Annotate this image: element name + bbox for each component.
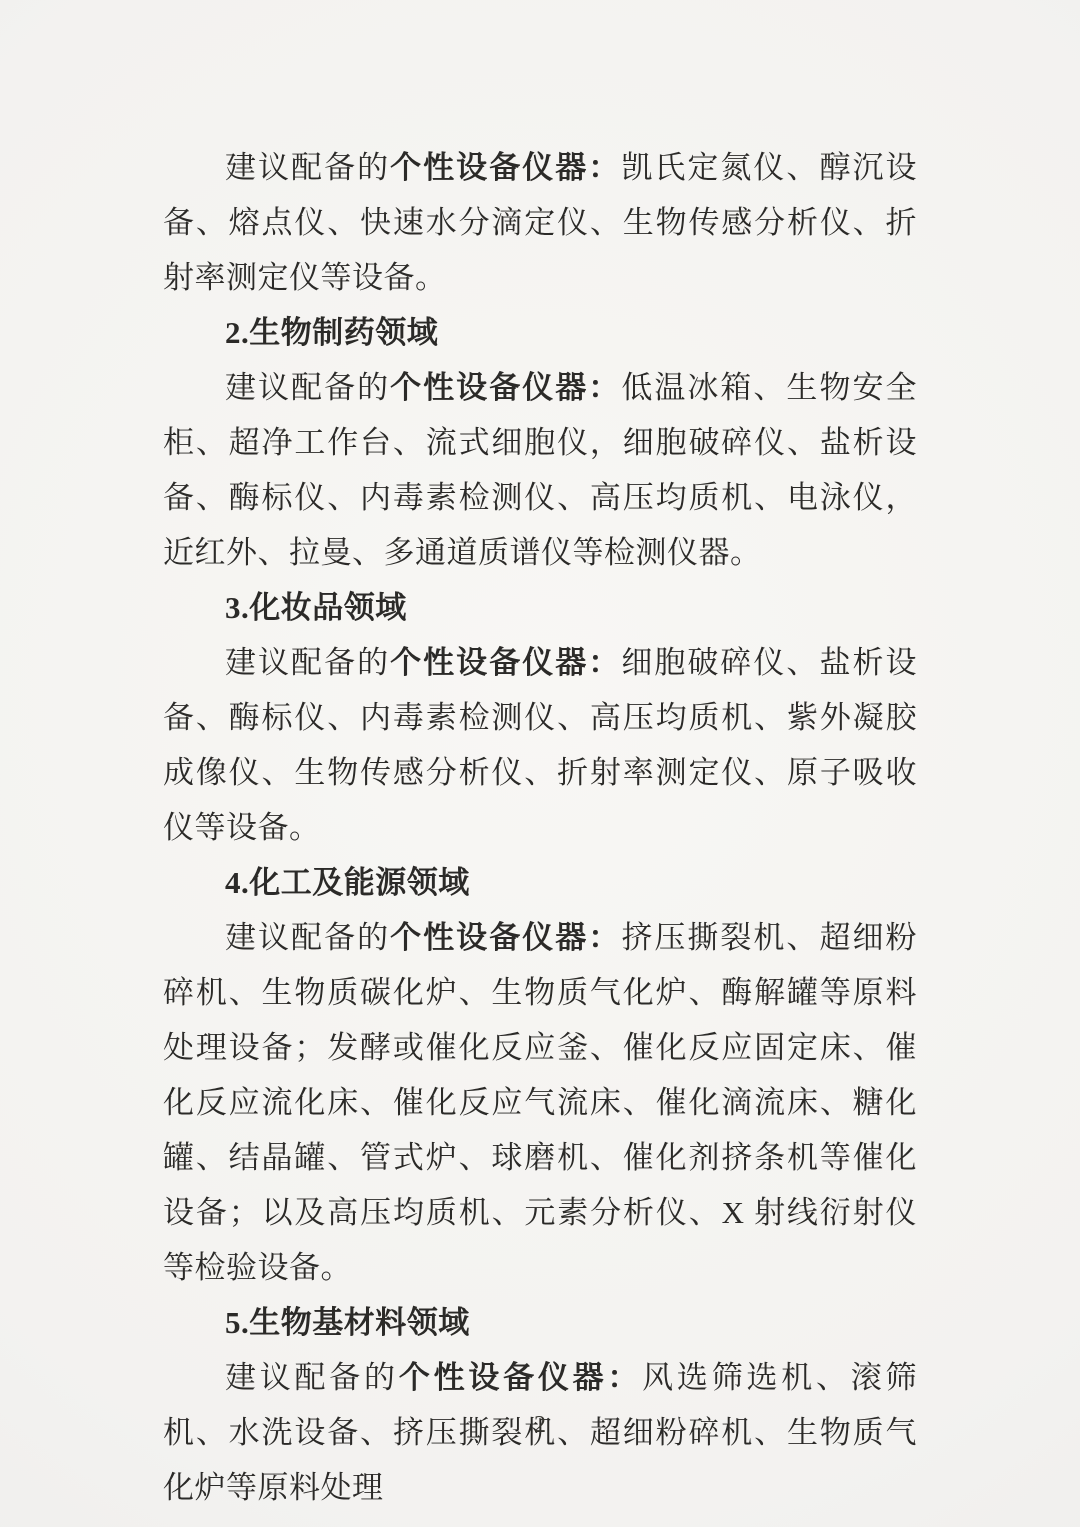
intro-paragraph-lead: 建议配备的: [225, 150, 390, 185]
paragraph-lead: 建议配备的: [225, 645, 390, 680]
intro-paragraph-emphasis: 个性设备仪器：: [390, 150, 621, 185]
intro-paragraph: 建议配备的个性设备仪器：凯氏定氮仪、醇沉设备、熔点仪、快速水分滴定仪、生物传感分…: [163, 140, 917, 305]
paragraph-body: 挤压撕裂机、超细粉碎机、生物质碳化炉、生物质气化炉、酶解罐等原料处理设备；发酵或…: [163, 920, 917, 1285]
section-paragraph-biopharma: 建议配备的个性设备仪器：低温冰箱、生物安全柜、超净工作台、流式细胞仪，细胞破碎仪…: [163, 360, 917, 580]
paragraph-emphasis: 个性设备仪器：: [390, 920, 621, 955]
section-paragraph-cosmetics: 建议配备的个性设备仪器：细胞破碎仪、盐析设备、酶标仪、内毒素检测仪、高压均质机、…: [163, 635, 917, 855]
paragraph-emphasis: 个性设备仪器：: [390, 645, 621, 680]
page-text-block: 建议配备的个性设备仪器：凯氏定氮仪、醇沉设备、熔点仪、快速水分滴定仪、生物传感分…: [163, 140, 917, 1515]
paragraph-lead: 建议配备的: [225, 370, 390, 405]
paragraph-emphasis: 个性设备仪器：: [399, 1360, 642, 1395]
section-paragraph-chemical-energy: 建议配备的个性设备仪器：挤压撕裂机、超细粉碎机、生物质碳化炉、生物质气化炉、酶解…: [163, 910, 917, 1295]
section-heading-chemical-energy: 4.化工及能源领域: [163, 855, 917, 910]
section-heading-cosmetics: 3.化妆品领域: [163, 580, 917, 635]
paragraph-emphasis: 个性设备仪器：: [390, 370, 621, 405]
page-number: 2: [0, 1408, 1080, 1442]
paragraph-lead: 建议配备的: [225, 1360, 399, 1395]
paragraph-lead: 建议配备的: [225, 920, 390, 955]
section-heading-biopharma: 2.生物制药领域: [163, 305, 917, 360]
document-page: { "page": { "number": "2", "background_c…: [0, 0, 1080, 1527]
section-heading-biobased-materials: 5.生物基材料领域: [163, 1295, 917, 1350]
